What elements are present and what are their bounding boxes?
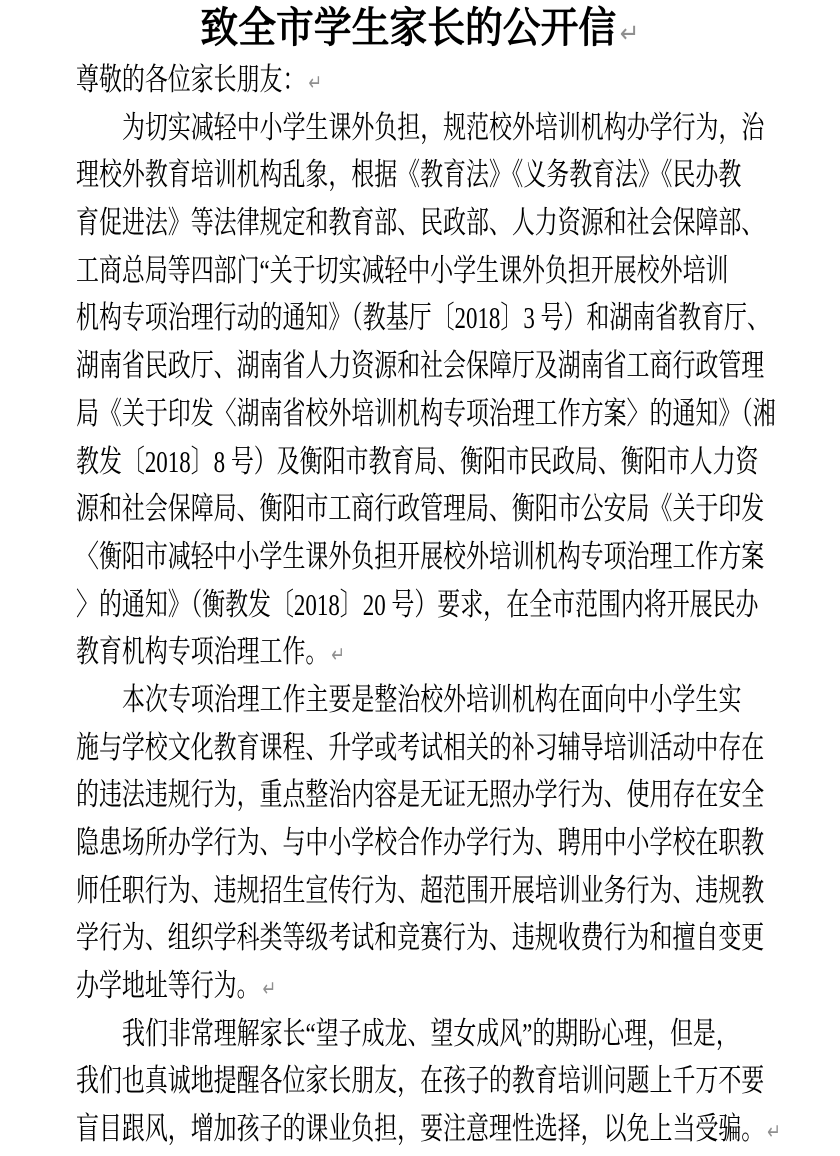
paragraph-mark-icon: ↵ <box>328 643 345 668</box>
text-line: 为切实减轻中小学生课外负担，规范校外培训机构办学行为，治 <box>76 104 766 152</box>
text-line: 师任职行为、违规招生宣传行为、超范围开展培训业务行为、违规教 <box>76 867 766 915</box>
text-line: 育促进法》等法律规定和教育部、民政部、人力资源和社会保障部、 <box>76 199 766 247</box>
text-line: 隐患场所办学行为、与中小学校合作办学行为、聘用中小学校在职教 <box>76 819 766 867</box>
text-line: 教育机构专项治理工作。↵ <box>76 628 766 676</box>
text-line: 本次专项治理工作主要是整治校外培训机构在面向中小学生实 <box>76 676 766 724</box>
text-line: 办学地址等行为。↵ <box>76 962 766 1010</box>
text-line: 〉的通知》（衡教发〔2018〕20 号）要求，在全市范围内将开展民办 <box>76 581 766 629</box>
text-line: 湖南省民政厅、湖南省人力资源和社会保障厅及湖南省工商行政管理 <box>76 342 766 390</box>
letter-body: 尊敬的各位家长朋友：↵ 为切实减轻中小学生课外负担，规范校外培训机构办学行为，治… <box>76 56 766 1153</box>
text-line: 我们也真诚地提醒各位家长朋友，在孩子的教育培训问题上千万不要 <box>76 1057 766 1105</box>
page-title-text: 致全市学生家长的公开信 <box>200 6 616 52</box>
salutation-line: 尊敬的各位家长朋友：↵ <box>76 56 766 104</box>
text-line: 局《关于印发〈湖南省校外培训机构专项治理工作方案〉的通知》（湘 <box>76 390 766 438</box>
page-title: 致全市学生家长的公开信↵ <box>0 0 840 56</box>
paragraph-mark-icon: ↵ <box>260 977 277 1002</box>
text-line: 施与学校文化教育课程、升学或考试相关的补习辅导培训活动中存在 <box>76 724 766 772</box>
paragraph-mark-icon: ↵ <box>616 19 639 49</box>
text-line: 〈衡阳市减轻中小学生课外负担开展校外培训机构专项治理工作方案 <box>76 533 766 581</box>
text-line: 源和社会保障局、衡阳市工商行政管理局、衡阳市公安局《关于印发 <box>76 485 766 533</box>
document-page: 致全市学生家长的公开信↵ 尊敬的各位家长朋友：↵ 为切实减轻中小学生课外负担，规… <box>0 0 840 1156</box>
text-line: 盲目跟风，增加孩子的课业负担，要注意理性选择，以免上当受骗。↵ <box>76 1105 766 1153</box>
salutation-text: 尊敬的各位家长朋友： <box>76 62 305 97</box>
text-line: 学行为、组织学科类等级考试和竞赛行为、违规收费行为和擅自变更 <box>76 914 766 962</box>
text-line: 机构专项治理行动的通知》（教基厅〔2018〕3 号）和湖南省教育厅、 <box>76 294 766 342</box>
text-line: 我们非常理解家长“望子成龙、望女成风”的期盼心理，但是， <box>76 1010 766 1058</box>
text-line: 教发〔2018〕8 号）及衡阳市教育局、衡阳市民政局、衡阳市人力资 <box>76 438 766 486</box>
text-line: 理校外教育培训机构乱象，根据《教育法》《义务教育法》《民办教 <box>76 151 766 199</box>
text-line: 的违法违规行为，重点整治内容是无证无照办学行为、使用存在安全 <box>76 771 766 819</box>
paragraph-mark-icon: ↵ <box>305 71 322 96</box>
text-line: 工商总局等四部门“关于切实减轻中小学生课外负担开展校外培训 <box>76 247 766 295</box>
paragraph-mark-icon: ↵ <box>764 1120 781 1145</box>
